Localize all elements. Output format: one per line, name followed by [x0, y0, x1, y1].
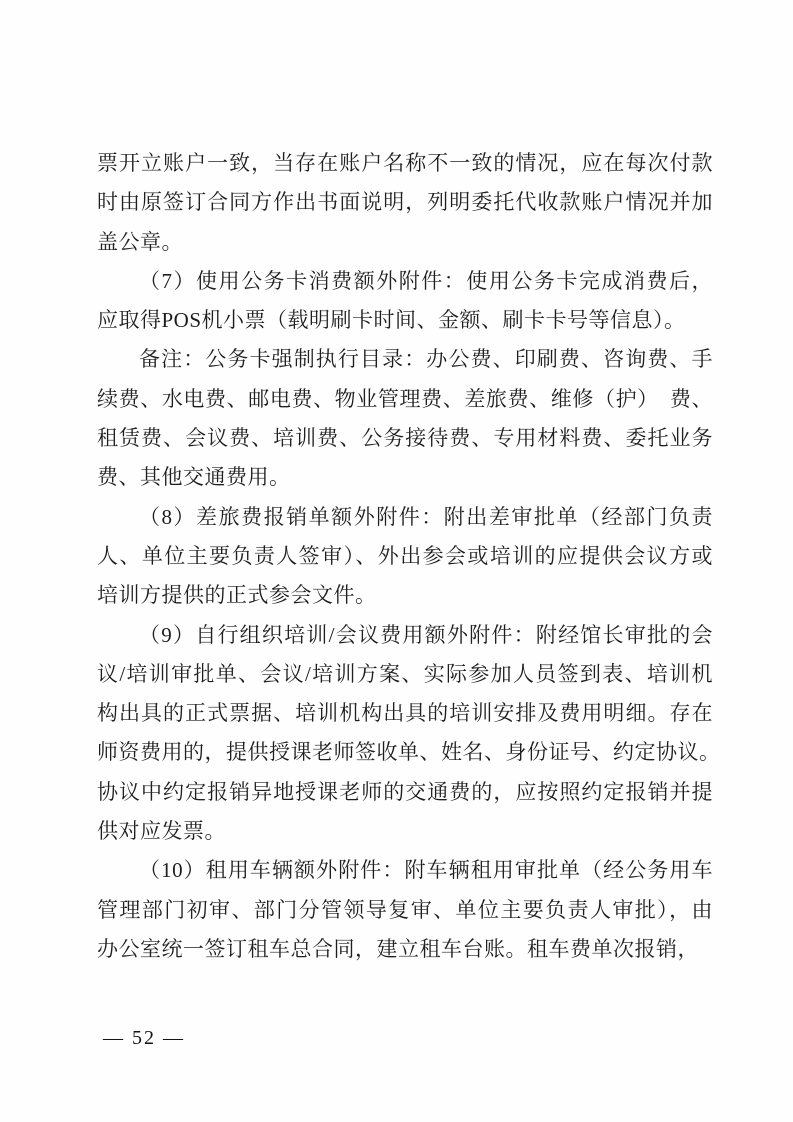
document-line: 构出具的正式票据、培训机构出具的培训安排及费用明细。存在	[97, 694, 713, 733]
document-line: 培训方提供的正式参会文件。	[97, 576, 713, 615]
document-line: 供对应发票。	[97, 812, 713, 851]
document-line: 办公室统一签订租车总合同，建立租车台账。租车费单次报销，	[97, 930, 713, 969]
document-line: 票开立账户一致，当存在账户名称不一致的情况，应在每次付款	[97, 144, 713, 183]
document-line: 协议中约定报销异地授课老师的交通费的，应按照约定报销并提	[97, 773, 713, 812]
document-line: 时由原签订合同方作出书面说明，列明委托代收款账户情况并加	[97, 183, 713, 222]
page-number: — 52 —	[103, 1027, 185, 1050]
document-line: 管理部门初审、部门分管领导复审、单位主要负责人审批），由	[97, 891, 713, 930]
document-line: （10）租用车辆额外附件：附车辆租用审批单（经公务用车	[97, 851, 713, 890]
document-line: 议/培训审批单、会议/培训方案、实际参加人员签到表、培训机	[97, 655, 713, 694]
document-page: 票开立账户一致，当存在账户名称不一致的情况，应在每次付款时由原签订合同方作出书面…	[0, 0, 793, 1122]
document-body: 票开立账户一致，当存在账户名称不一致的情况，应在每次付款时由原签订合同方作出书面…	[97, 144, 713, 969]
document-line: 费、其他交通费用。	[97, 458, 713, 497]
document-line: （8）差旅费报销单额外附件：附出差审批单（经部门负责	[97, 498, 713, 537]
document-line: 人、单位主要负责人签审）、外出参会或培训的应提供会议方或	[97, 537, 713, 576]
document-line: 盖公章。	[97, 223, 713, 262]
document-line: 师资费用的，提供授课老师签收单、姓名、身份证号、约定协议。	[97, 733, 713, 772]
document-line: 租赁费、会议费、培训费、公务接待费、专用材料费、委托业务	[97, 419, 713, 458]
document-line: （7）使用公务卡消费额外附件：使用公务卡完成消费后，	[97, 262, 713, 301]
document-line: 备注：公务卡强制执行目录：办公费、印刷费、咨询费、手	[97, 340, 713, 379]
document-line: 应取得POS机小票（载明刷卡时间、金额、刷卡卡号等信息）。	[97, 301, 713, 340]
document-line: （9）自行组织培训/会议费用额外附件：附经馆长审批的会	[97, 616, 713, 655]
document-line: 续费、水电费、邮电费、物业管理费、差旅费、维修（护） 费、	[97, 380, 713, 419]
